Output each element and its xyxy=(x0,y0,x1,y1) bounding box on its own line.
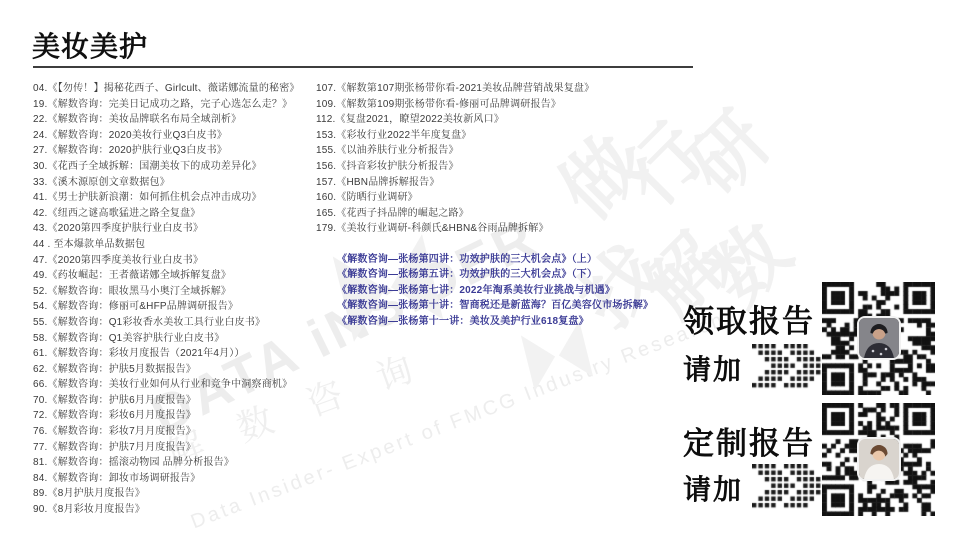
report-list-item: 153.《彩妆行业2022半年度复盘》 xyxy=(316,128,594,144)
lecture-highlight-item: 《解数咨询—张杨第十讲：智商税还是新蓝海？百亿美容仪市场拆解》 xyxy=(337,298,653,313)
report-list-item: 155.《以油养肤行业分析报告》 xyxy=(316,143,594,159)
report-list-item: 107.《解数第107期张杨带你看-2021美妆品牌营销战果复盘》 xyxy=(316,81,594,97)
report-list-item: 42.《纽西之谜高歌猛进之路全复盘》 xyxy=(33,206,300,222)
report-list-item: 156.《抖音彩妆护肤分析报告》 xyxy=(316,159,594,175)
report-list-item: 24.《解数咨询：2020美妆行业Q3白皮书》 xyxy=(33,128,300,144)
report-list-item: 55.《解数咨询：Q1彩妆香水美妆工具行业白皮书》 xyxy=(33,315,300,331)
report-list-left-column: 04.《【勿传！】揭秘花西子、Girlcult、薇诺娜流量的秘密》19.《解数咨… xyxy=(33,81,300,518)
report-list-item: 66.《解数咨询：美妆行业如何从行业和竞争中洞察商机》 xyxy=(33,377,300,393)
report-list-item: 47.《2020第四季度美妆行业白皮书》 xyxy=(33,253,300,269)
report-list-item: 52.《解数咨询：眼妆黑马小奥汀全域拆解》 xyxy=(33,284,300,300)
custom-contact-avatar xyxy=(857,437,901,481)
report-list-item: 54.《解数咨询：修丽可&HFP品牌调研报告》 xyxy=(33,299,300,315)
report-list-item: 43.《2020第四季度护肤行业白皮书》 xyxy=(33,221,300,237)
report-list-item: 62.《解数咨询：护肤5月数据报告》 xyxy=(33,362,300,378)
lecture-highlight-item: 《解数咨询—张杨第四讲：功效护肤的三大机会点》（上） xyxy=(337,252,653,267)
report-list-item: 76.《解数咨询：彩妆7月月度报告》 xyxy=(33,424,300,440)
claim-report-title: 领取报告 xyxy=(683,296,815,341)
report-list-item: 41.《男士护肤新浪潮：如何抓住机会点冲击成功》 xyxy=(33,190,300,206)
report-list-item: 72.《解数咨询：彩妆6月月度报告》 xyxy=(33,408,300,424)
report-list-item: 49.《药妆崛起：王者薇诺娜全域拆解复盘》 xyxy=(33,268,300,284)
page-title: 美妆美护 xyxy=(32,25,148,65)
custom-report-row: 请加 xyxy=(683,464,834,511)
custom-report-action: 请加 xyxy=(683,468,743,508)
report-list-item: 30.《花西子全域拆解：国潮美妆下的成功差异化》 xyxy=(33,159,300,175)
report-list-item: 22.《解数咨询：美妆品牌联名布局全域剖析》 xyxy=(33,112,300,128)
report-list-item: 77.《解数咨询：护肤7月月度报告》 xyxy=(33,440,300,456)
lecture-highlight-item: 《解数咨询—张杨第七讲：2022年淘系美妆行业挑战与机遇》 xyxy=(337,283,653,298)
lecture-highlight-item: 《解数咨询—张杨第十一讲：美妆及美护行业618复盘》 xyxy=(337,314,653,329)
lecture-highlight-item: 《解数咨询—张杨第五讲：功效护肤的三大机会点》（下） xyxy=(337,267,653,282)
report-list-item: 157.《HBN品牌拆解报告》 xyxy=(316,175,594,191)
report-list-item: 44 . 至本爆款单品数据包 xyxy=(33,237,300,253)
report-list-item: 58.《解数咨询：Q1美容护肤行业白皮书》 xyxy=(33,331,300,347)
report-list-item: 27.《解数咨询：2020护肤行业Q3白皮书》 xyxy=(33,143,300,159)
report-list-item: 84.《解数咨询：卸妆市场调研报告》 xyxy=(33,471,300,487)
report-list-item: 109.《解数第109期张杨带你看-修丽可品牌调研报告》 xyxy=(316,97,594,113)
report-list-item: 70.《解数咨询：护肤6月月度报告》 xyxy=(33,393,300,409)
title-divider xyxy=(33,66,693,68)
report-list-item: 61.《解数咨询：彩妆月度报告（2021年4月）） xyxy=(33,346,300,362)
report-list-item: 33.《溪木源原创文章数据包》 xyxy=(33,175,300,191)
claim-contact-avatar xyxy=(857,316,901,360)
report-list-item: 179.《美妆行业调研-科颜氏&HBN&谷雨品牌拆解》 xyxy=(316,221,594,237)
claim-report-row: 请加 xyxy=(683,344,834,391)
report-list-item: 165.《花西子抖品牌的崛起之路》 xyxy=(316,206,594,222)
claim-report-action: 请加 xyxy=(683,348,743,388)
report-list-item: 112.《复盘2021，瞭望2022美妆新风口》 xyxy=(316,112,594,128)
report-list-item: 90.《8月彩妆月度报告》 xyxy=(33,502,300,518)
custom-report-title: 定制报告 xyxy=(683,418,815,463)
report-list-item: 89.《8月护肤月度报告》 xyxy=(33,486,300,502)
report-list-right-column: 107.《解数第107期张杨带你看-2021美妆品牌营销战果复盘》109.《解数… xyxy=(316,81,594,237)
report-list-item: 81.《解数咨询：摇滚动物园 品牌分析报告》 xyxy=(33,455,300,471)
report-list-item: 160.《防晒行业调研》 xyxy=(316,190,594,206)
report-list-item: 19.《解数咨询：完美日记成功之路，完子心选怎么走？》 xyxy=(33,97,300,113)
report-list-item: 04.《【勿传！】揭秘花西子、Girlcult、薇诺娜流量的秘密》 xyxy=(33,81,300,97)
lecture-highlight-list: 《解数咨询—张杨第四讲：功效护肤的三大机会点》（上）《解数咨询—张杨第五讲：功效… xyxy=(337,252,653,329)
